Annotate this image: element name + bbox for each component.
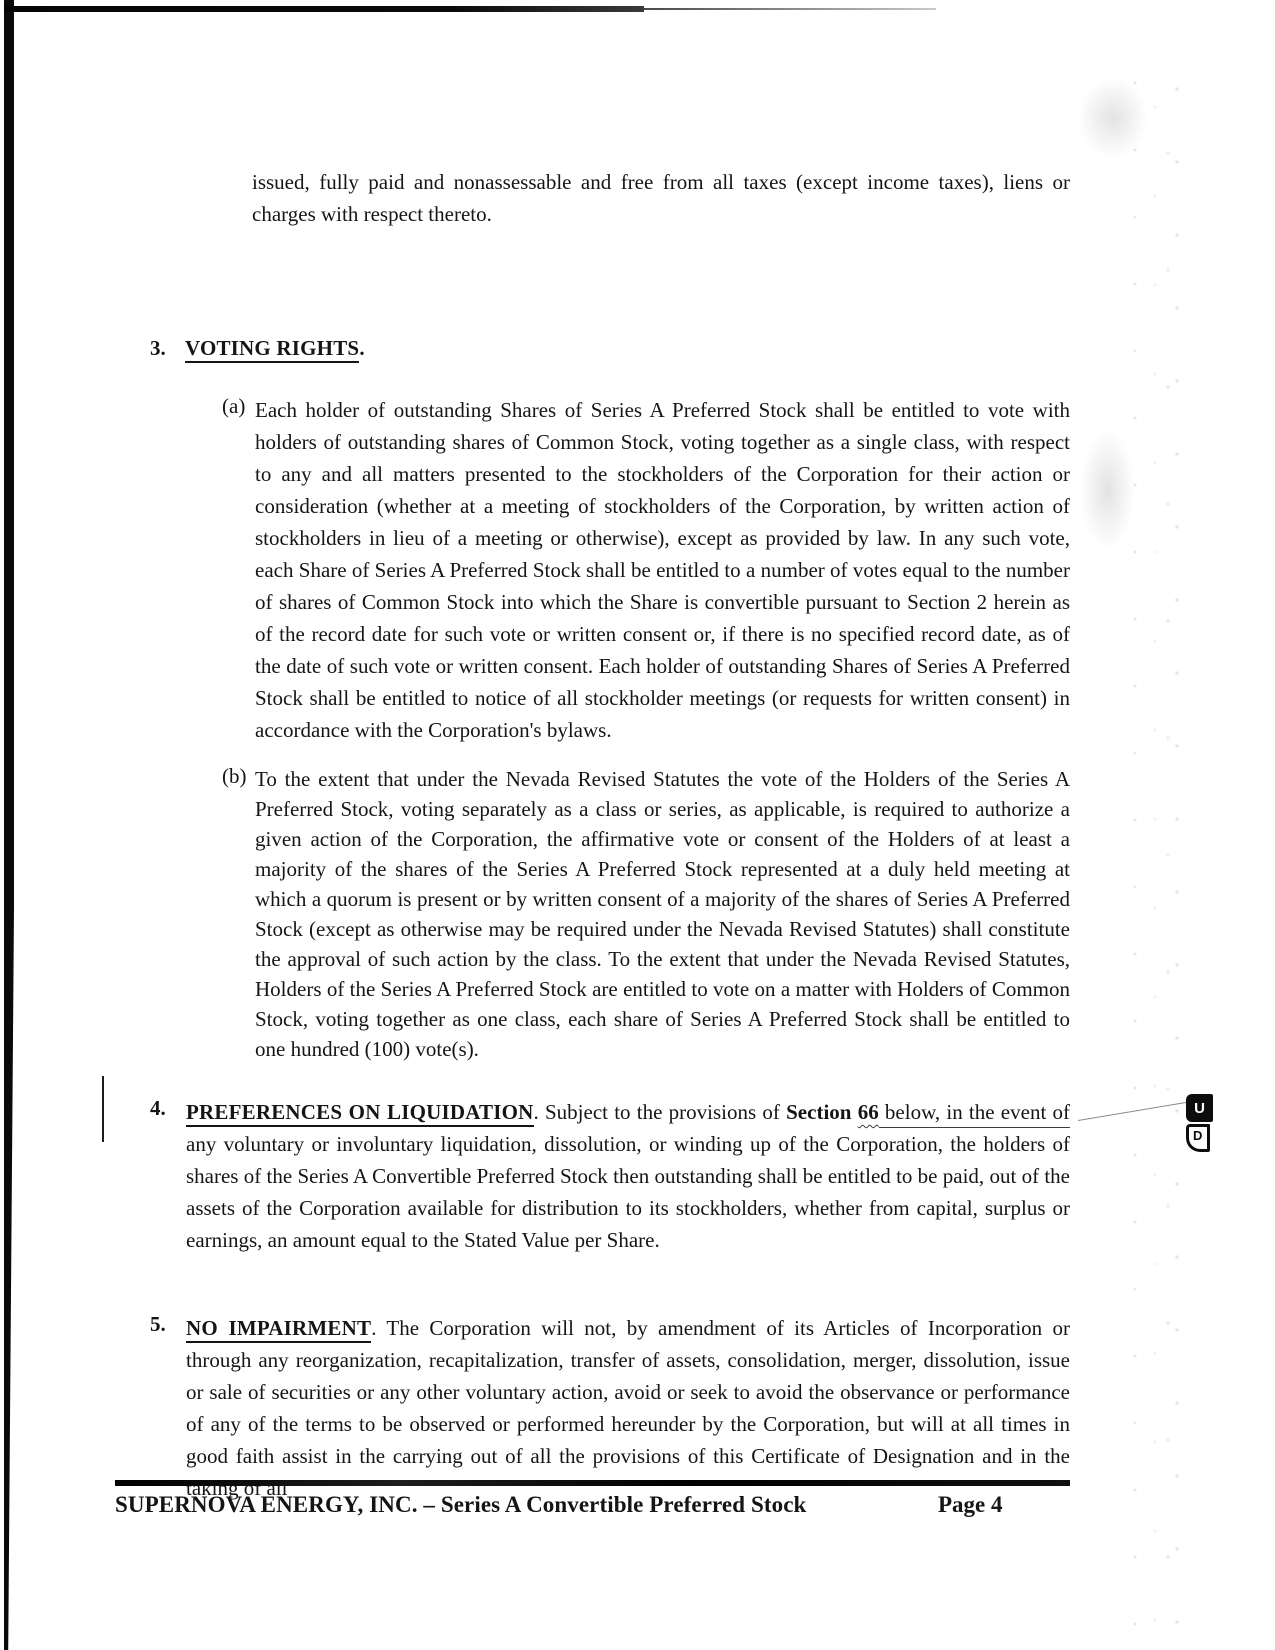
section-4-ref-number: 66 (858, 1100, 879, 1124)
scan-top-line (4, 6, 644, 12)
paragraph-a-text: Each holder of outstanding Shares of Ser… (222, 394, 1070, 746)
footer-page-number: Page 4 (938, 1492, 1003, 1518)
document-page: { "intro": { "text": "issued, fully paid… (0, 0, 1275, 1650)
section-3-heading-period: . (359, 336, 364, 360)
section-4-annotated-phrase: below, in the event of (879, 1100, 1070, 1128)
section-4-number: 4. (150, 1096, 166, 1121)
scan-left-edge-bar (4, 0, 14, 1650)
section-5-body-text: . The Corporation will not, by amendment… (186, 1316, 1070, 1500)
stamp-d-label: D (1193, 1128, 1202, 1143)
section-5-body: NO IMPAIRMENT. The Corporation will not,… (150, 1312, 1070, 1504)
section-5: 5. NO IMPAIRMENT. The Corporation will n… (150, 1312, 1070, 1504)
annotation-stamp-d: D (1186, 1124, 1210, 1152)
paragraph-b-text: To the extent that under the Nevada Revi… (222, 764, 1070, 1064)
paragraph-a: (a) Each holder of outstanding Shares of… (222, 394, 1070, 746)
paragraph-b-label: (b) (222, 764, 247, 789)
section-3-number: 3. (150, 336, 185, 361)
section-4-ref: Section (786, 1100, 858, 1124)
intro-paragraph: issued, fully paid and nonassessable and… (252, 166, 1070, 230)
section-4-heading: PREFERENCES ON LIQUIDATION (186, 1100, 534, 1127)
footer-title: SUPERNOVA ENERGY, INC. – Series A Conver… (115, 1492, 806, 1518)
scan-top-line-fade (644, 8, 936, 10)
section-4: 4. PREFERENCES ON LIQUIDATION. Subject t… (150, 1096, 1070, 1256)
paragraph-b: (b) To the extent that under the Nevada … (222, 764, 1070, 1064)
section-4-body-rest: any voluntary or involuntary liquidation… (186, 1132, 1070, 1252)
section-5-heading: NO IMPAIRMENT (186, 1316, 371, 1343)
section-4-body: PREFERENCES ON LIQUIDATION. Subject to t… (150, 1096, 1070, 1256)
margin-annotation-tick (102, 1076, 104, 1142)
annotation-stamp-u: U (1186, 1094, 1213, 1122)
paragraph-a-label: (a) (222, 394, 245, 419)
section-4-body-pre: . Subject to the provisions of (534, 1100, 787, 1124)
scan-smudge (1078, 78, 1148, 158)
scan-smudge (1080, 430, 1135, 550)
section-3-heading-row: 3.VOTING RIGHTS. (150, 336, 1070, 361)
section-5-number: 5. (150, 1312, 166, 1337)
scan-noise-strip (1124, 70, 1210, 1630)
stamp-u-label: U (1194, 1100, 1205, 1117)
section-3-heading: VOTING RIGHTS (185, 336, 359, 363)
footer-rule (115, 1480, 1070, 1486)
